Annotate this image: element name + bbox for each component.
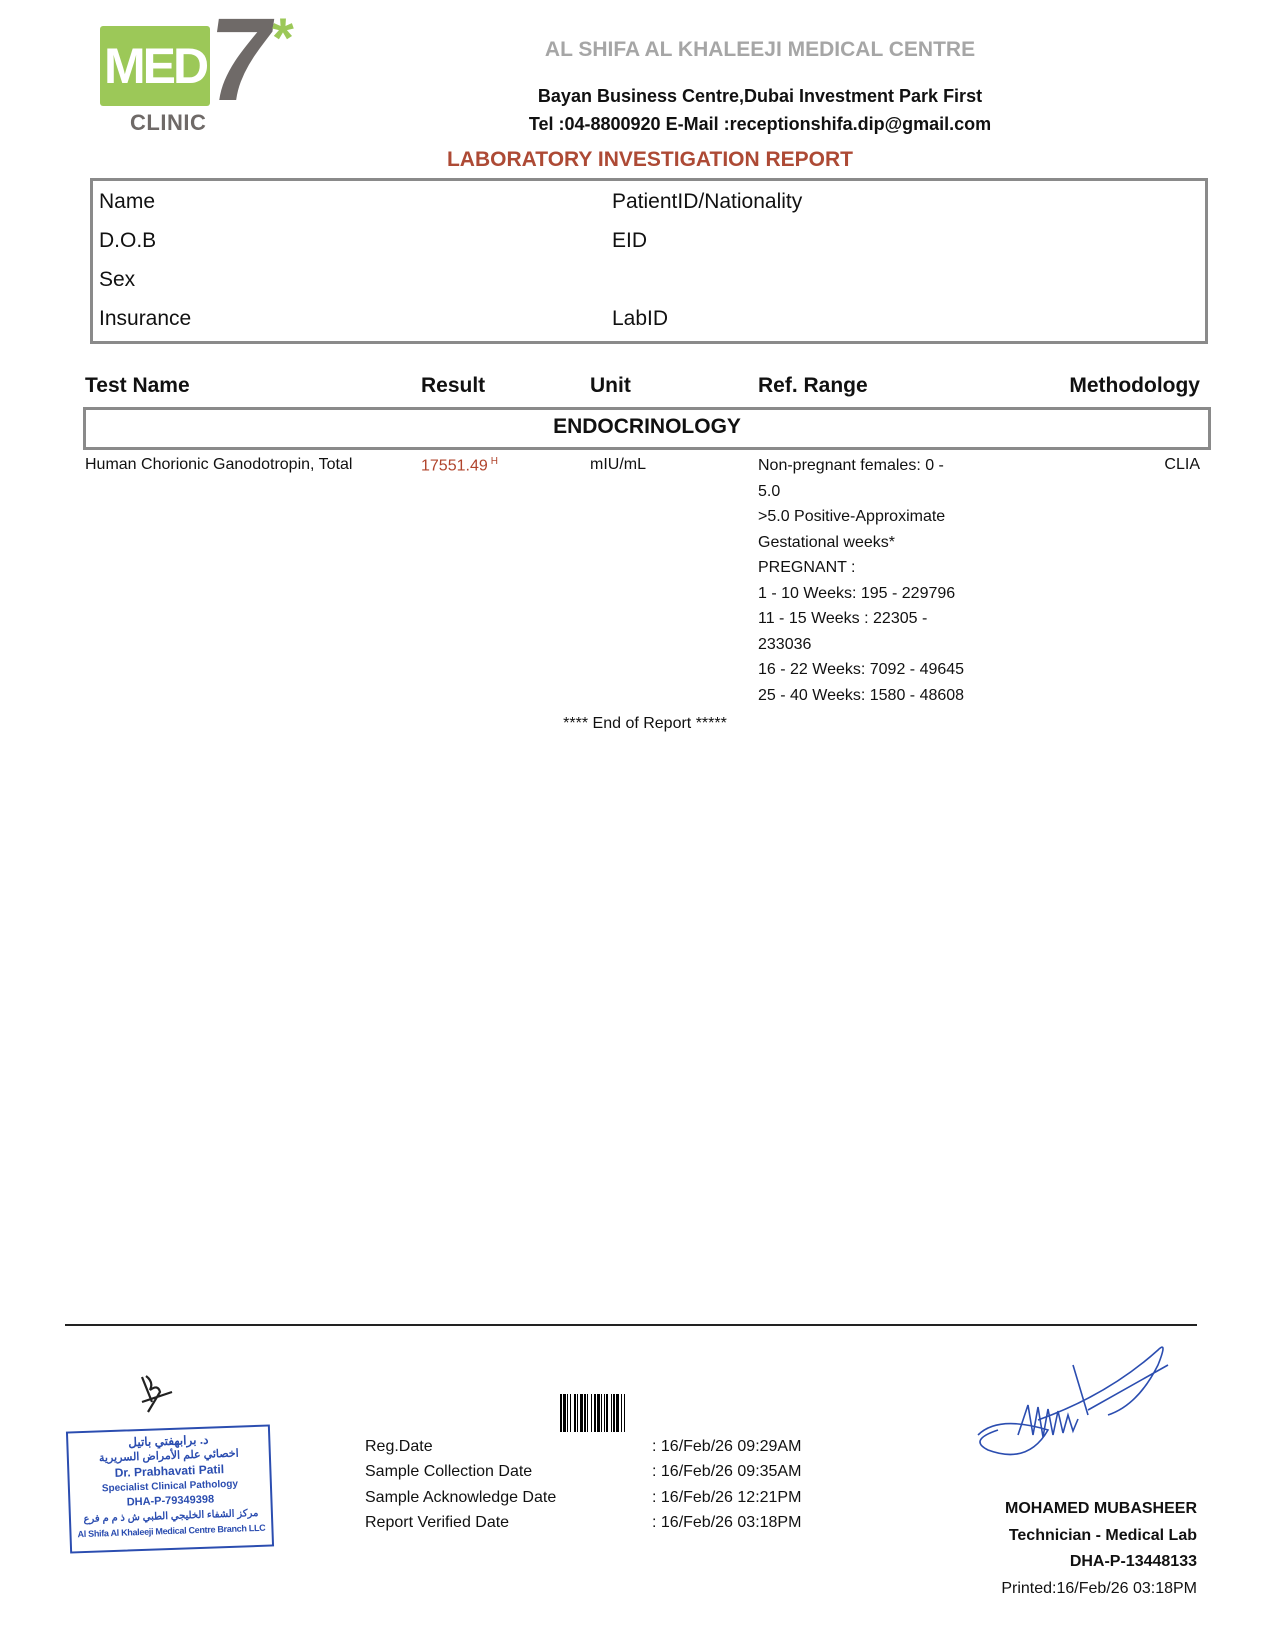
ref-range-line: 233036 [758,632,988,658]
technician-license: DHA-P-13448133 [960,1553,1197,1571]
patient-id-label: PatientID/Nationality [612,190,802,214]
ref-range-line: Non-pregnant females: 0 - [758,453,988,479]
header-methodology: Methodology [1000,374,1200,398]
high-flag: H [491,456,498,467]
date-value: : 16/Feb/26 03:18PM [652,1514,801,1532]
test-name: Human Chorionic Ganodotropin, Total [85,456,352,474]
lab-id-label: LabID [612,307,668,331]
methodology-value: CLIA [1000,456,1200,474]
eid-label: EID [612,229,647,253]
date-value: : 16/Feb/26 12:21PM [652,1489,801,1507]
date-value: : 16/Feb/26 09:29AM [652,1438,801,1456]
end-of-report: **** End of Report ***** [480,715,810,733]
ref-range-line: 25 - 40 Weeks: 1580 - 48608 [758,683,988,709]
header-ref-range: Ref. Range [758,374,868,398]
result-value: 17551.49 [421,457,488,474]
dob-label: D.O.B [99,229,156,253]
header-result: Result [421,374,485,398]
date-label: Report Verified Date [365,1514,509,1532]
ref-range-line: 5.0 [758,479,988,505]
centre-address: Bayan Business Centre,Dubai Investment P… [470,86,1050,107]
logo-med-text: MED [100,38,210,94]
insurance-label: Insurance [99,307,191,331]
technician-role: Technician - Medical Lab [960,1527,1197,1545]
date-label: Reg.Date [365,1438,433,1456]
report-title: LABORATORY INVESTIGATION REPORT [420,148,880,172]
ref-range-line: PREGNANT : [758,555,988,581]
ref-range-line: 11 - 15 Weeks : 22305 - [758,606,988,632]
header-test-name: Test Name [85,374,190,398]
ref-range-line: 1 - 10 Weeks: 195 - 229796 [758,581,988,607]
date-label: Sample Acknowledge Date [365,1489,556,1507]
logo-clinic-text: CLINIC [130,110,206,136]
pathologist-stamp: د. برابهفتي باتيل اخصائي علم الأمراض الس… [66,1424,274,1553]
technician-signature-icon [968,1335,1188,1485]
unit-value: mIU/mL [590,456,646,474]
ref-range-line: Gestational weeks* [758,530,988,556]
date-label: Sample Collection Date [365,1463,532,1481]
barcode [560,1394,684,1432]
printed-timestamp: Printed:16/Feb/26 03:18PM [960,1580,1197,1598]
section-title: ENDOCRINOLOGY [83,415,1211,439]
ref-range: Non-pregnant females: 0 -5.0>5.0 Positiv… [758,453,988,708]
logo-seven: 7 [200,0,283,120]
centre-contact: Tel :04-8800920 E-Mail :receptionshifa.d… [470,114,1050,135]
name-label: Name [99,190,155,214]
date-value: : 16/Feb/26 09:35AM [652,1463,801,1481]
centre-name: AL SHIFA AL KHALEEJI MEDICAL CENTRE [530,38,990,62]
sex-label: Sex [99,268,135,292]
ref-range-line: >5.0 Positive-Approximate [758,504,988,530]
header-unit: Unit [590,374,631,398]
logo-star-icon: * [272,10,294,66]
footer-divider [65,1324,1197,1326]
pathologist-signature-icon [132,1372,182,1422]
technician-name: MOHAMED MUBASHEER [960,1500,1197,1518]
result-cell: 17551.49H [421,456,498,475]
ref-range-line: 16 - 22 Weeks: 7092 - 49645 [758,657,988,683]
